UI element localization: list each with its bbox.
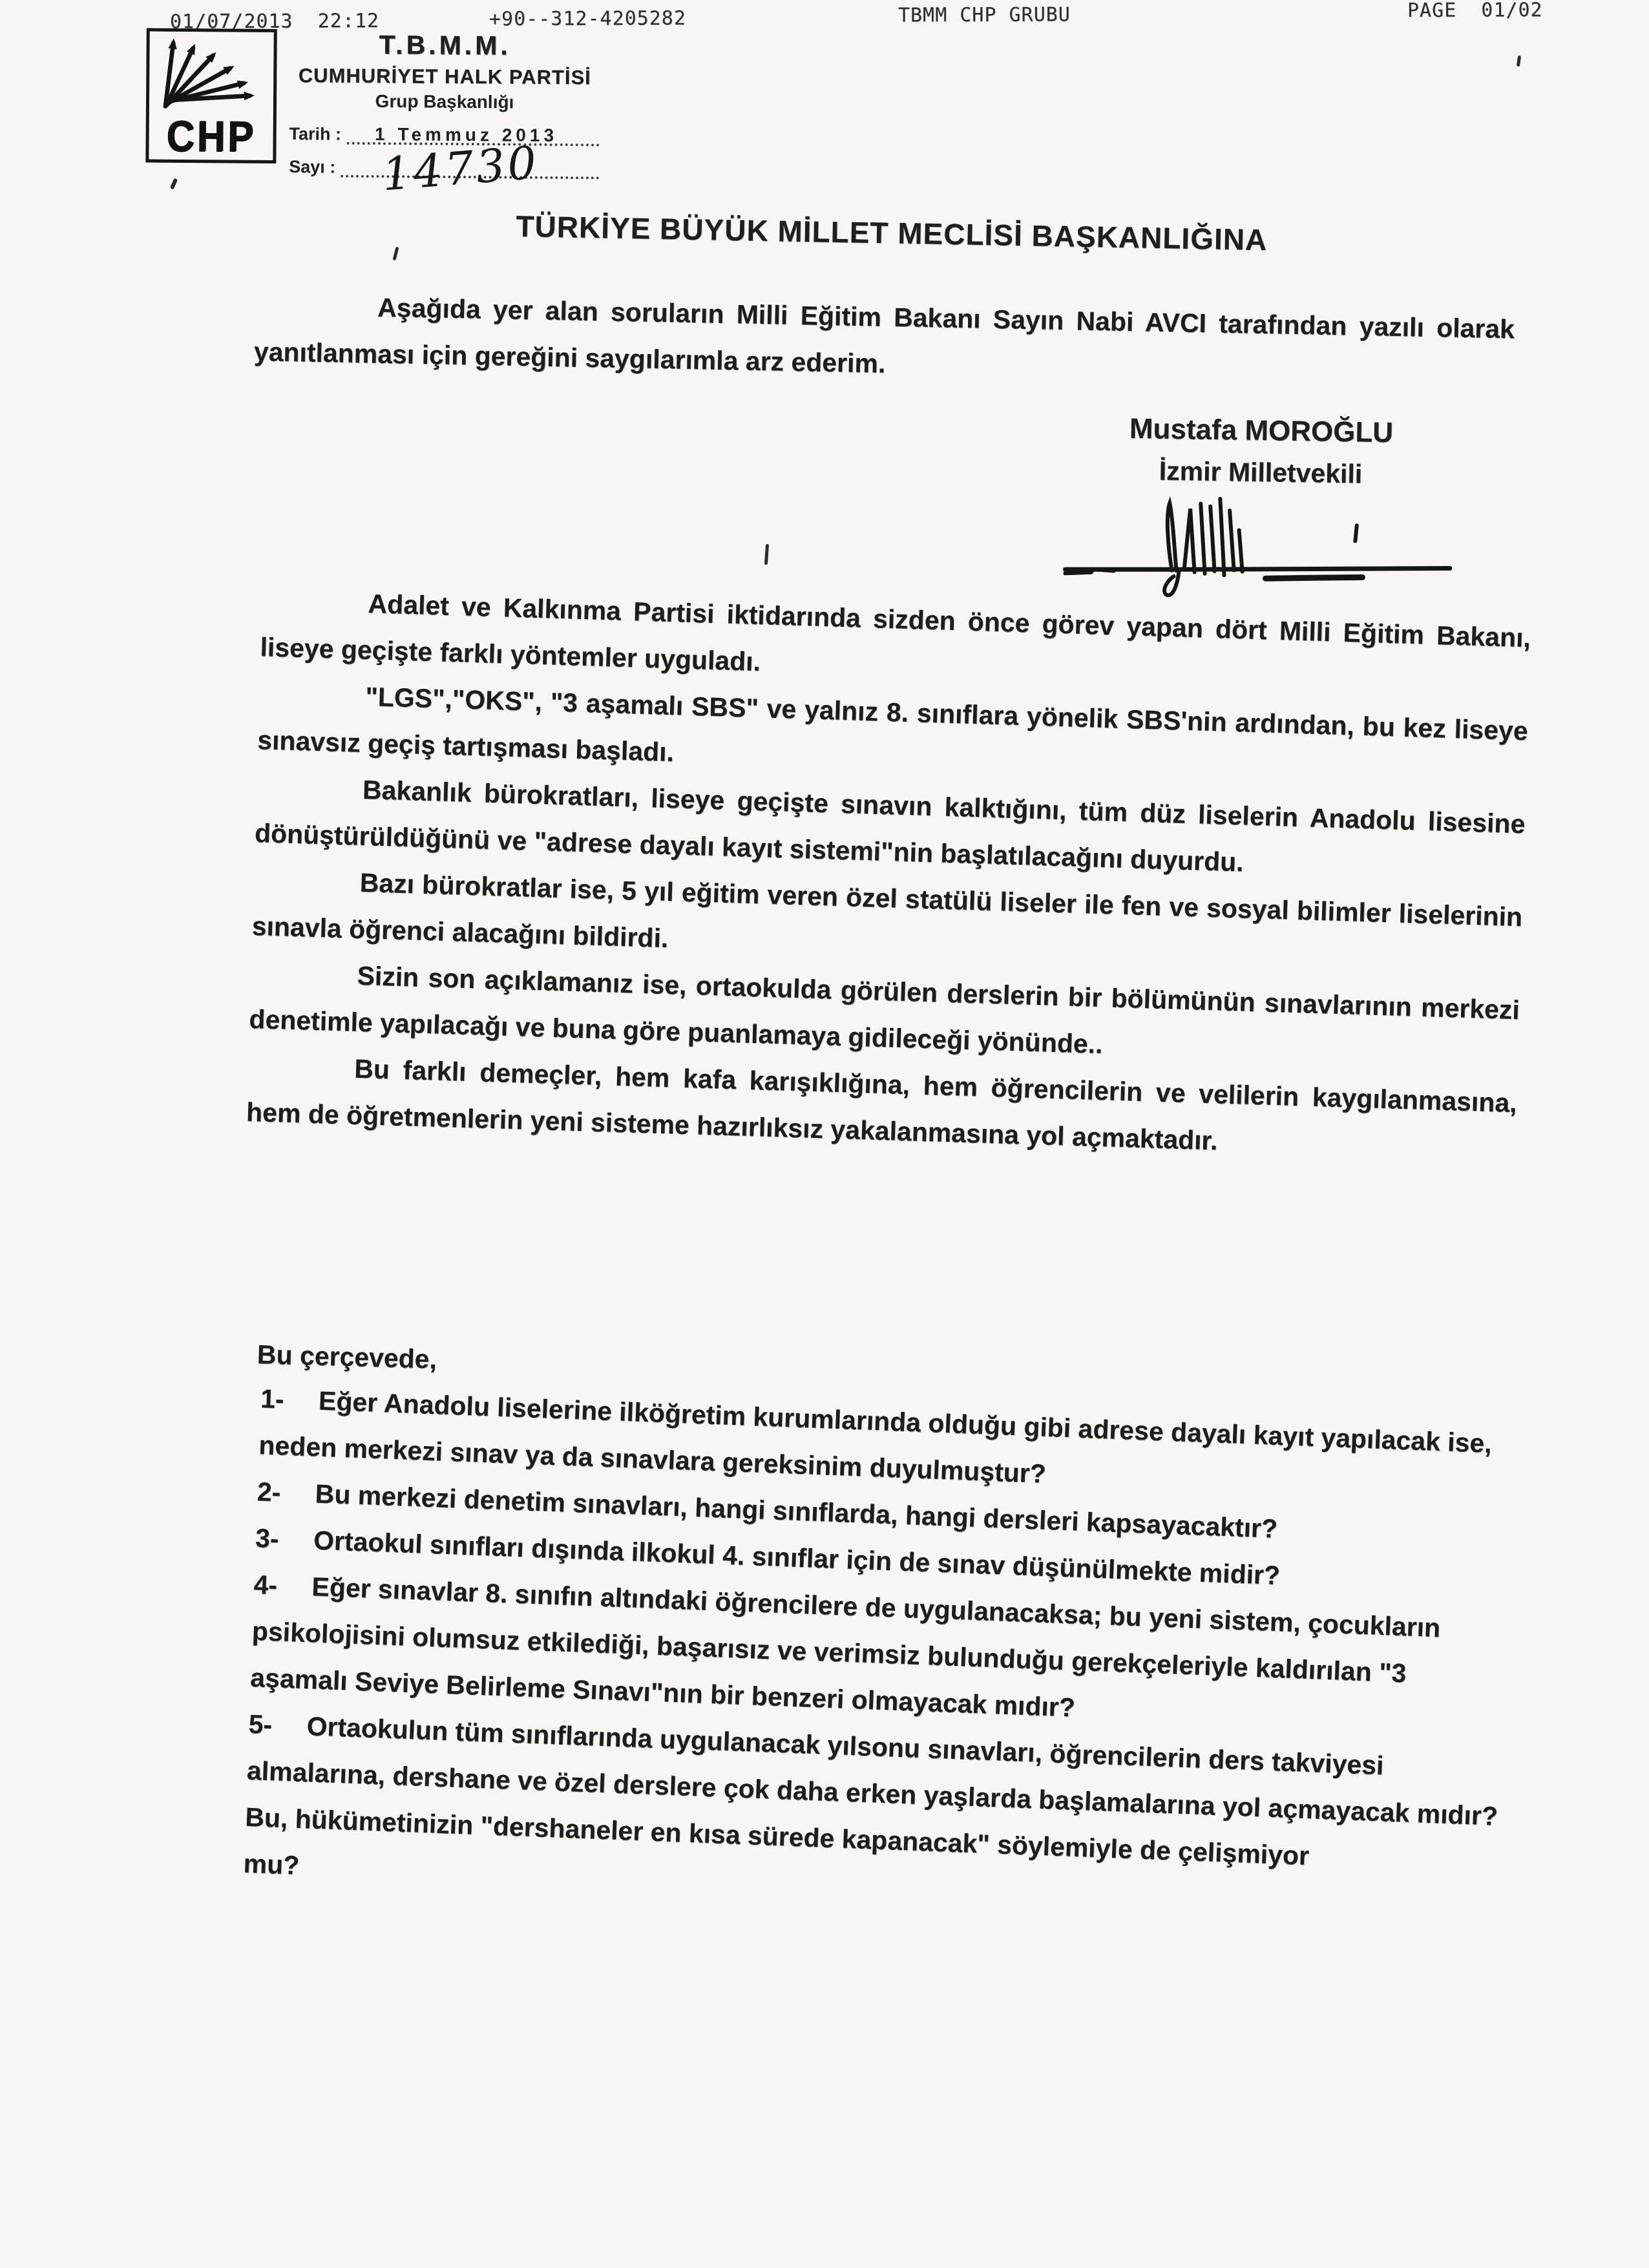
signature-block: Mustafa MOROĞLU İzmir Milletvekili xyxy=(1033,412,1488,617)
letter-content: TÜRKİYE BÜYÜK MİLLET MECLİSİ BAŞKANLIĞIN… xyxy=(0,0,1649,2268)
signature-scribble xyxy=(1052,487,1467,613)
question-number: 1- xyxy=(260,1375,320,1423)
letter-intro: Aşağıda yer alan soruların Milli Eğitim … xyxy=(253,282,1515,399)
letter-body-paragraphs: Adalet ve Kalkınma Partisi iktidarında s… xyxy=(246,577,1531,1173)
signer-title: İzmir Milletvekili xyxy=(1035,454,1487,492)
question-text: Eğer Anadolu liselerine ilköğretim kurum… xyxy=(258,1386,1493,1489)
framework-line: Bu çerçevede, xyxy=(257,1331,437,1383)
scanned-letter-page: 01/07/2013 22:12 +90--312-4205282 TBMM C… xyxy=(0,0,1649,2268)
question-number: 4- xyxy=(253,1561,313,1610)
question-number: 3- xyxy=(255,1515,315,1563)
signer-name: Mustafa MOROĞLU xyxy=(1035,412,1488,451)
question-number: 5- xyxy=(247,1701,308,1749)
questions-list: 1-Eğer Anadolu liselerine ilköğretim kur… xyxy=(242,1375,1517,1933)
letter-title: TÜRKİYE BÜYÜK MİLLET MECLİSİ BAŞKANLIĞIN… xyxy=(278,204,1506,262)
question-number: 2- xyxy=(257,1468,317,1517)
